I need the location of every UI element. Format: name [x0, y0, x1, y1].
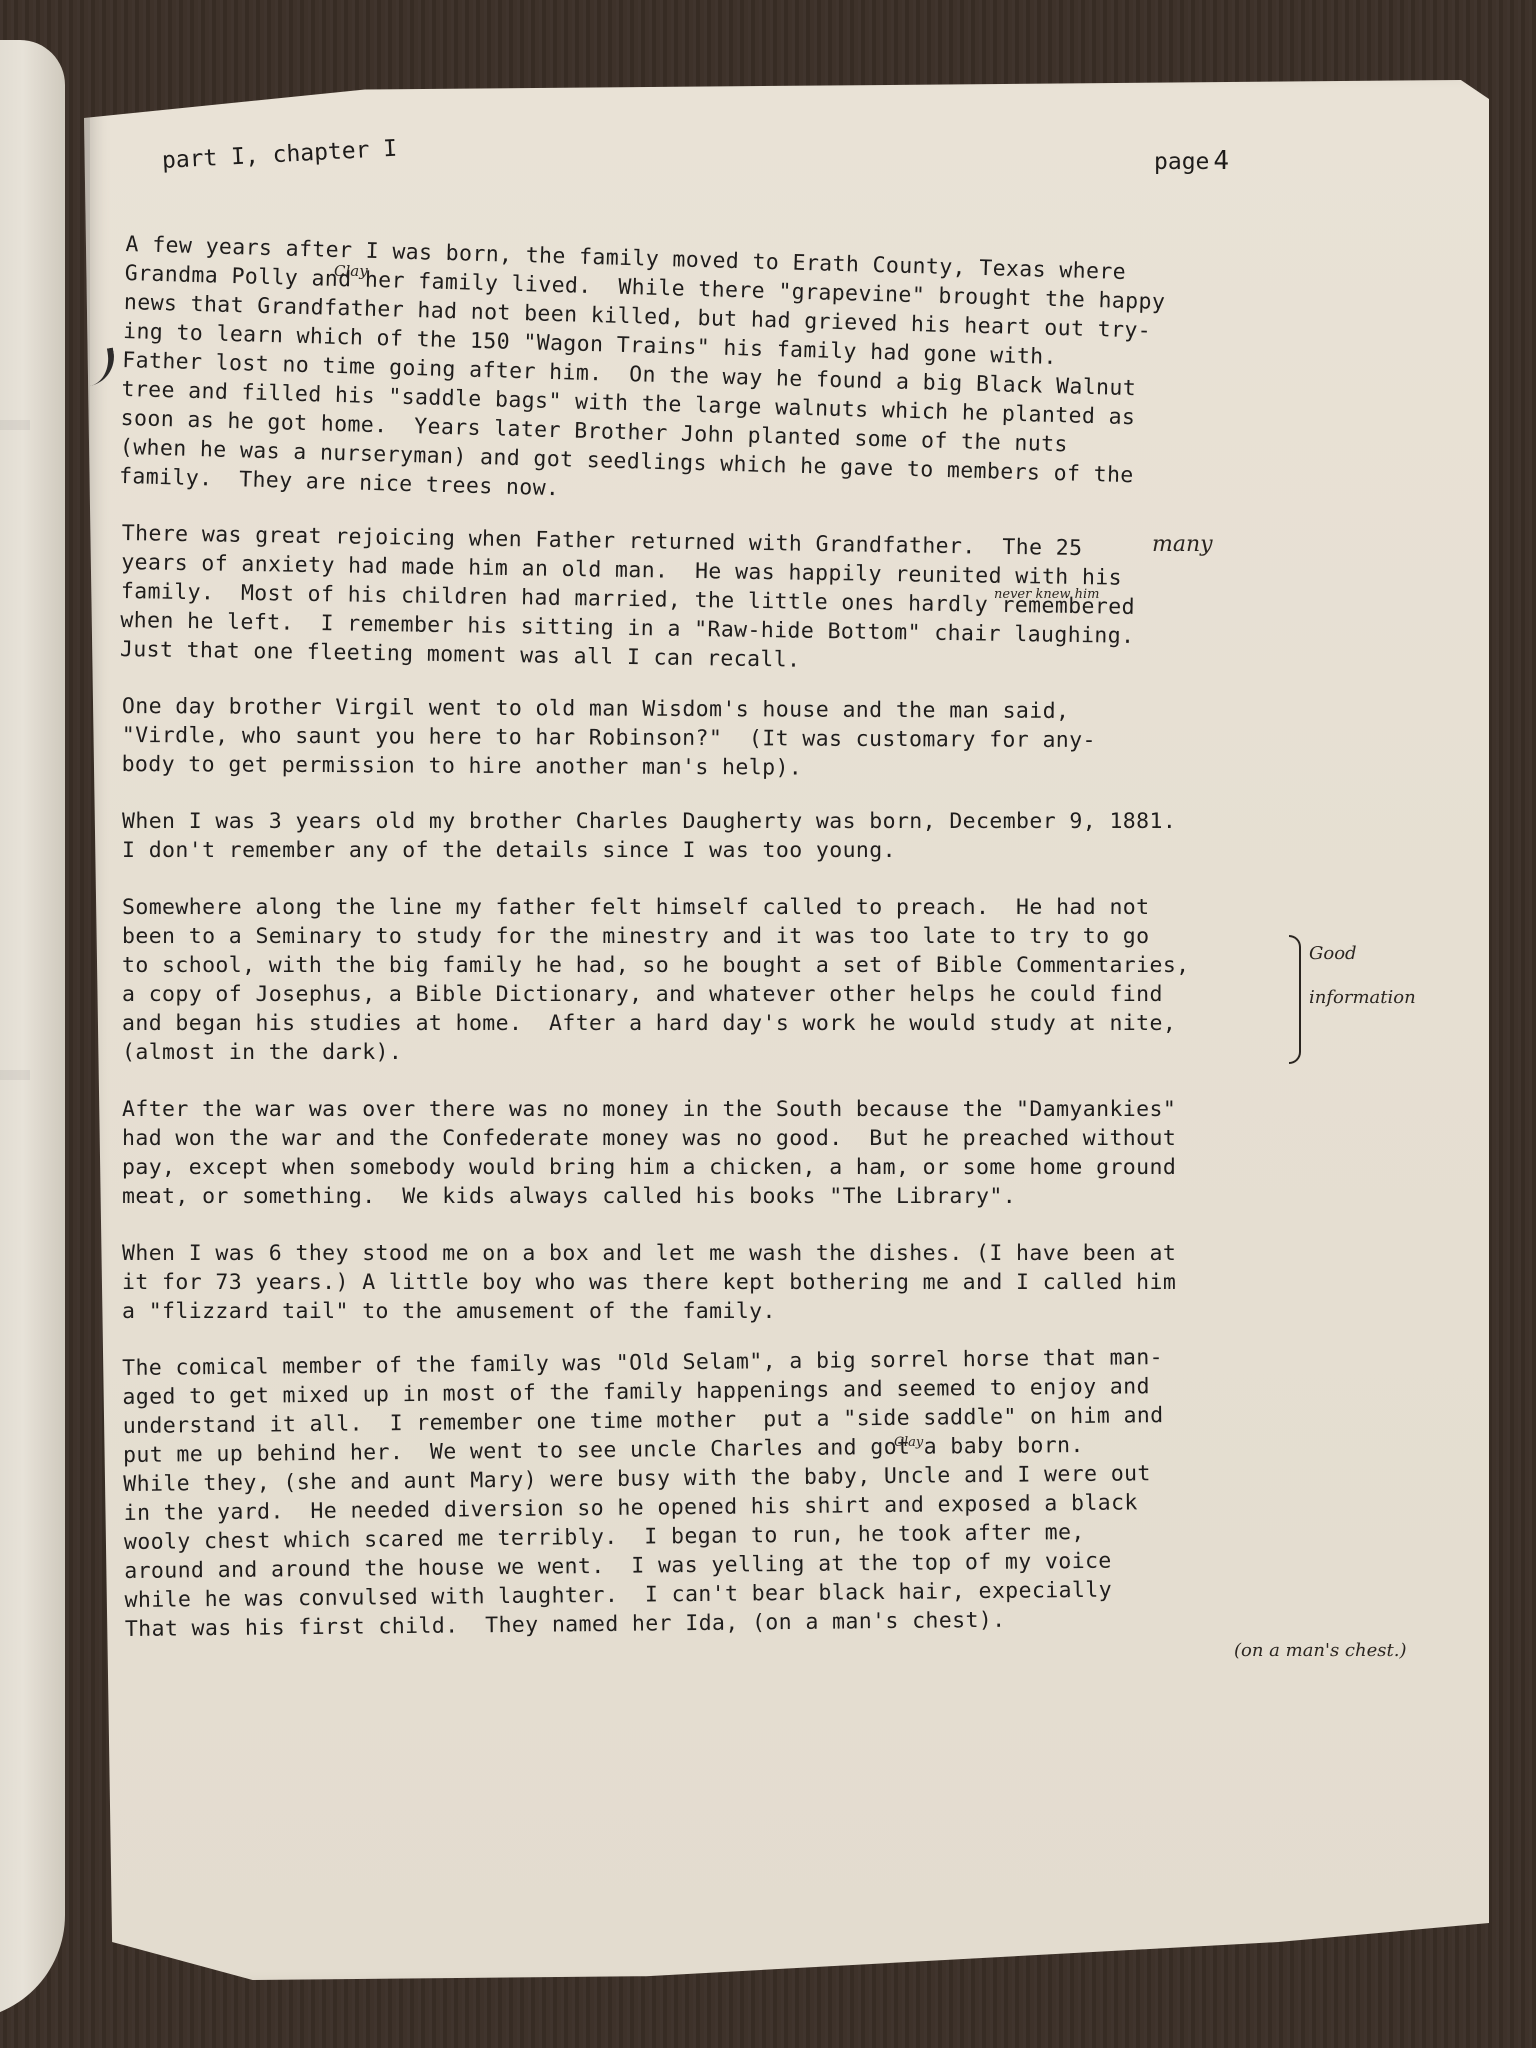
- text-line: After the war was over there was no mone…: [122, 1095, 1462, 1124]
- handwritten-insert: never knew him: [994, 587, 1100, 602]
- text-line: a copy of Josephus, a Bible Dictionary, …: [122, 980, 1462, 1009]
- paragraph: When I was 6 they stood me on a box and …: [122, 1239, 1462, 1326]
- text-line: body to get permission to hire another m…: [122, 750, 1462, 786]
- text-line: a "flizzard tail" to the amusement of th…: [122, 1297, 1462, 1326]
- facing-left-page: [0, 40, 65, 2020]
- text-line: and began his studies at home. After a h…: [122, 1009, 1462, 1038]
- handwritten-insert: (on a man's chest.): [1234, 1640, 1406, 1661]
- page-body: A few years after I was born, the family…: [122, 230, 1462, 1672]
- text-line: (almost in the dark).: [122, 1038, 1462, 1067]
- typewritten-page: part I, chapter I page4 A few years afte…: [84, 80, 1489, 1980]
- paragraph: When I was 3 years old my brother Charle…: [122, 807, 1462, 865]
- paragraph: Somewhere along the line my father felt …: [122, 893, 1462, 1067]
- paragraph: There was great rejoicing when Father re…: [120, 519, 1462, 685]
- bleed-through-mark: [0, 420, 30, 430]
- handwritten-insert: many: [1152, 532, 1213, 557]
- paragraph: After the war was over there was no mone…: [122, 1095, 1462, 1211]
- text-line: I don't remember any of the details sinc…: [122, 836, 1462, 865]
- text-line: had won the war and the Confederate mone…: [122, 1124, 1462, 1153]
- text-line: to school, with the big family he had, s…: [122, 951, 1462, 980]
- handwritten-insert: Clay: [334, 262, 368, 280]
- bleed-through-mark: [0, 1070, 30, 1080]
- text-line: When I was 3 years old my brother Charle…: [122, 807, 1462, 836]
- chapter-header: part I, chapter I: [161, 136, 397, 174]
- text-line: pay, except when somebody would bring hi…: [122, 1153, 1462, 1182]
- text-line: Somewhere along the line my father felt …: [122, 893, 1462, 922]
- text-line: meat, or something. We kids always calle…: [122, 1182, 1462, 1211]
- paragraph: A few years after I was born, the family…: [119, 230, 1462, 528]
- page-label: page: [1154, 149, 1209, 175]
- binding-staple-icon: [81, 347, 118, 386]
- page-number-header: page4: [1154, 146, 1229, 176]
- paragraph: The comical member of the family was "Ol…: [122, 1340, 1465, 1644]
- paragraph: One day brother Virgil went to old man W…: [122, 692, 1462, 786]
- text-line: been to a Seminary to study for the mine…: [122, 922, 1462, 951]
- handwritten-insert: Clay: [894, 1435, 923, 1450]
- text-line: When I was 6 they stood me on a box and …: [122, 1239, 1462, 1268]
- margin-bracket: [1289, 935, 1301, 1064]
- text-line: it for 73 years.) A little boy who was t…: [122, 1268, 1462, 1297]
- margin-note: Good information: [1309, 932, 1409, 1020]
- page-number: 4: [1213, 146, 1229, 176]
